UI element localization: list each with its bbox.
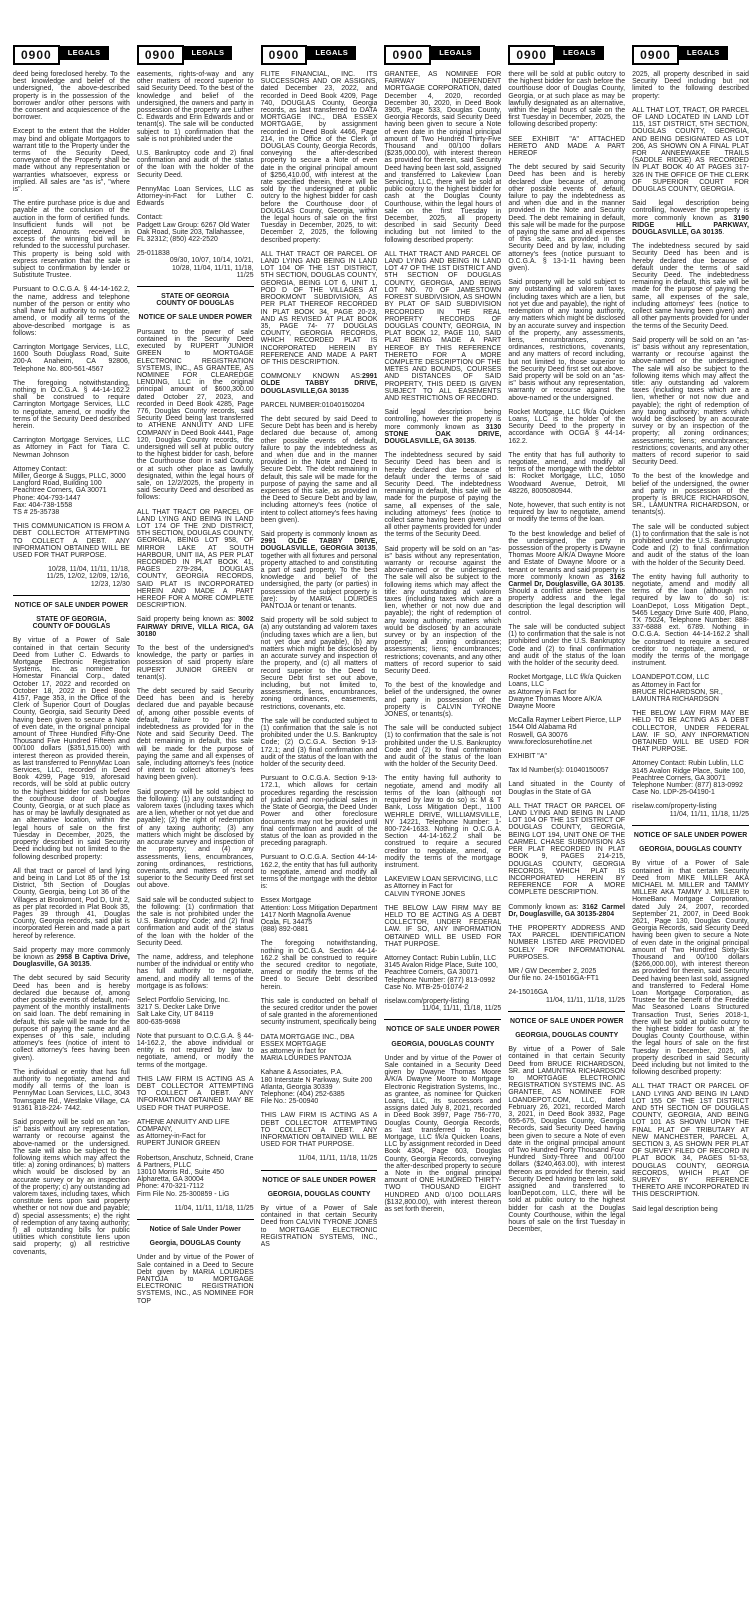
notice-paragraph: The entire purchase price is due and pay… (13, 200, 130, 279)
notice-paragraph: By virtue of a Power of Sale contained i… (508, 1046, 625, 1233)
contact-block: 24-15016GA (508, 989, 625, 996)
notice-paragraph: THIS LAW FIRM IS ACTING AS A DEBT COLLEC… (137, 1076, 254, 1112)
section-code: 0900 (137, 45, 184, 65)
notice-divider (384, 1019, 501, 1020)
notice-paragraph: SEE EXHIBIT "A" ATTACHED HERETO AND MADE… (508, 136, 625, 158)
column-4: 0900LEGALSGRANTEE, AS NOMINEE FOR FAIRWA… (384, 45, 501, 1597)
notice-paragraph: U.S. Bankruptcy code and 2) final confir… (137, 150, 254, 179)
notice-paragraph: The entity having full authority to nego… (632, 574, 749, 668)
notice-paragraph: To the best of the knowledge and belief … (384, 682, 501, 718)
notice-paragraph: THE BELOW LAW FIRM MAY BE HELD TO BE ACT… (632, 710, 749, 753)
notice-heading: NOTICE OF SALE UNDER POWER (632, 832, 749, 839)
contact-block: McCalla Raymer Leibert Pierce, LLP 1544 … (508, 717, 625, 746)
notice-paragraph: easements, rights-of-way and any other m… (137, 71, 254, 143)
notice-paragraph: By virtue of a Power of Sale contained i… (13, 637, 130, 860)
section-header: 0900LEGALS (384, 45, 501, 65)
contact-block: DATA MORTGAGE INC., DBA ESSEX MORTGAGE a… (261, 1034, 378, 1063)
notice-divider (632, 825, 749, 826)
notice-paragraph: The entity that has full authority to ne… (508, 452, 625, 495)
notice-paragraph: FLITE FINANCIAL, INC. ITS SUCCESSORS AND… (261, 71, 378, 244)
run-dates: 11/04, 11/11, 11/18, 11/25 (137, 1205, 254, 1212)
notice-divider (508, 1011, 625, 1012)
contact-block: riselaw.com/property-listing (384, 998, 501, 1005)
notice-paragraph: Pursuant to O.C.G.A. Section 9-13-172.1,… (261, 775, 378, 847)
notice-paragraph: The debt secured by said Security Deed h… (13, 975, 130, 1061)
notice-paragraph: The entity having full authority to nego… (384, 775, 501, 869)
notice-heading: GEORGIA, DOUGLAS COUNTY (508, 1032, 625, 1039)
notice-paragraph: The sale will be conducted subject (1) t… (384, 725, 501, 768)
notice-paragraph: ALL THAT LOT, TRACT, OR PARCEL OF LAND L… (632, 107, 749, 193)
notice-paragraph: THE PROPERTY ADDRESS AND TAX PARCEL IDEN… (508, 925, 625, 961)
notice-paragraph: Pursuant to the power of sale contained … (137, 329, 254, 502)
notice-paragraph: To the best of the knowledge and belief … (632, 473, 749, 516)
notice-paragraph: The indebtedness secured by said Securit… (384, 452, 501, 538)
notice-paragraph: ALL THAT TRACT OR PARCEL OF LAND LYING A… (261, 251, 378, 366)
notice-paragraph: Said property is commonly known as 2991 … (261, 531, 378, 610)
notice-paragraph: Tax Id Number(s): 01040150057 (508, 767, 625, 774)
notice-paragraph: Under and by virtue of the Power of Sale… (137, 1254, 254, 1304)
section-label: LEGALS (555, 46, 604, 60)
notice-paragraph: Pursuant to O.C.G.A. Section 44-14-162.2… (261, 854, 378, 890)
notice-paragraph: PennyMac Loan Services, LLC as Attorney-… (137, 186, 254, 208)
notice-paragraph: deed being foreclosed hereby. To the bes… (13, 71, 130, 121)
column-5: 0900LEGALSthere will be sold at public o… (508, 45, 625, 1597)
notice-heading: GEORGIA, DOUGLAS COUNTY (632, 846, 749, 853)
notice-paragraph: Said property will be sold on an "as-is"… (632, 337, 749, 467)
notice-paragraph: Said legal description being (632, 1206, 749, 1213)
notice-paragraph: THE BELOW LAW FIRM MAY BE HELD TO BE ACT… (384, 905, 501, 948)
notice-paragraph: Said property will be sold on an "as-is"… (13, 1119, 130, 1256)
notice-paragraph: Pursuant to O.C.G.A. § 44-14-162.2, the … (13, 286, 130, 336)
notice-heading: STATE OF GEORGIA, COUNTY OF DOUGLAS (13, 616, 130, 630)
notice-paragraph: COMMONLY KNOWN AS:2991 OLDE TABBY DRIVE,… (261, 373, 378, 395)
section-code: 0900 (13, 45, 60, 65)
notice-paragraph: The sale will be conducted subject (1) t… (508, 624, 625, 667)
run-dates: 10/28, 11/04, 11/11, 11/18, 11/25, 12/02… (13, 566, 130, 588)
notice-paragraph: ALL THAT TRACT OR PARCEL OF LAND LYING A… (632, 1083, 749, 1198)
notice-paragraph: Said legal description being controlling… (632, 200, 749, 236)
section-code: 0900 (384, 45, 431, 65)
notice-paragraph: THIS COMMUNICATION IS FROM A DEBT COLLEC… (13, 523, 130, 559)
notice-paragraph: ALL THAT TRACT OR PARCEL OF LAND LYING A… (137, 509, 254, 610)
contact-block: Attorney Contact: Miller, George & Suggs… (13, 466, 130, 516)
notice-paragraph: Rocket Mortgage, LLC f/k/a Quicken Loans… (508, 409, 625, 445)
column-1: 0900LEGALSdeed being foreclosed hereby. … (13, 45, 130, 1597)
notice-paragraph: Said property will be sold subject to th… (137, 789, 254, 890)
contact-block: Attorney Contact: Rubin Lublin, LLC 3145… (384, 955, 501, 991)
notice-heading: GEORGIA, DOUGLAS COUNTY (261, 1191, 378, 1198)
notice-paragraph: Carrington Mortgage Services, LLC, 1600 … (13, 344, 130, 373)
notice-paragraph: The foregoing notwithstanding, nothing i… (261, 940, 378, 990)
notice-paragraph: Said property being known as: 3002 FAIRW… (137, 616, 254, 638)
notice-paragraph: Said property will be sold on an "as-is"… (384, 546, 501, 676)
notice-paragraph: Note that pursuant to O.C.G.A. § 44-14-1… (137, 1033, 254, 1069)
notice-divider (261, 1170, 378, 1171)
run-dates: 11/04, 11/11, 11/18, 11/25 (508, 997, 625, 1004)
notice-paragraph: The foregoing notwithstanding, nothing i… (13, 380, 130, 430)
section-header: 0900LEGALS (13, 45, 130, 65)
run-dates: 11/04, 11/11, 11/18, 11/25 (384, 1005, 501, 1012)
section-header: 0900LEGALS (261, 45, 378, 65)
notice-divider (13, 595, 130, 596)
notice-paragraph: Under and by virtue of the Power of Sale… (384, 1055, 501, 1213)
notice-paragraph: Said property will be sold subject to an… (508, 279, 625, 401)
contact-block: riselaw.com/property-listing (632, 803, 749, 810)
notice-paragraph: By virtue of a Power of Sale contained i… (632, 860, 749, 1076)
notice-paragraph: 2025, all property described in said Sec… (632, 71, 749, 100)
notice-heading: Georgia, DOUGLAS County (137, 1240, 254, 1247)
notice-paragraph: To the best knowledge and belief of the … (508, 531, 625, 617)
section-label: LEGALS (431, 46, 480, 60)
notice-paragraph: All that tract or parcel of land lying a… (13, 868, 130, 940)
legal-notices-page: 0900LEGALSdeed being foreclosed hereby. … (0, 0, 756, 1597)
notice-paragraph: The name, address, and telephone number … (137, 954, 254, 990)
notice-paragraph: PARCEL NUMBER:01040150204 (261, 402, 378, 409)
notice-heading: STATE OF GEORGIA COUNTY OF DOUGLAS (137, 293, 254, 307)
section-header: 0900LEGALS (137, 45, 254, 65)
column-6: 0900LEGALS2025, all property described i… (632, 45, 749, 1597)
notice-paragraph: Note, however, that such entity is not r… (508, 502, 625, 524)
section-label: LEGALS (60, 46, 109, 60)
notice-paragraph: The sale will be conducted subject (1) t… (632, 524, 749, 567)
contact-block: ATHENE ANNUITY AND LIFE COMPANY, as Atto… (137, 1119, 254, 1148)
notice-paragraph: The individual or entity that has full a… (13, 1069, 130, 1112)
notice-paragraph: The debt secured by said Security Deed h… (508, 164, 625, 272)
run-dates: 11/04, 11/11, 11/18, 11/25 (632, 811, 749, 818)
run-dates: 11/04, 11/11, 11/18, 11/25 (261, 1155, 378, 1162)
notice-heading: NOTICE OF SALE UNDER POWER (384, 1026, 501, 1033)
notice-paragraph: By virtue of a Power of Sale contained i… (261, 1205, 378, 1248)
columns-container: 0900LEGALSdeed being foreclosed hereby. … (0, 0, 756, 1597)
notice-paragraph: THIS LAW FIRM IS ACTING AS A DEBT COLLEC… (261, 1112, 378, 1148)
notice-heading: GEORGIA, DOUGLAS COUNTY (384, 1041, 501, 1048)
contact-block: EXHIBIT "A" (508, 753, 625, 760)
notice-paragraph: To the best of the undersigned's knowled… (137, 645, 254, 681)
contact-block: Contact: Padgett Law Group: 6267 Old Wat… (137, 214, 254, 243)
contact-block: LAKEVIEW LOAN SERVICING, LLC as Attorney… (384, 876, 501, 898)
notice-paragraph: Land situated in the County of Douglas i… (508, 781, 625, 795)
notice-heading: NOTICE OF SALE UNDER POWER (137, 314, 254, 321)
notice-paragraph: The sale will be conducted subject to (1… (261, 718, 378, 768)
section-header: 0900LEGALS (632, 45, 749, 65)
notice-heading: NOTICE OF SALE UNDER POWER (261, 1177, 378, 1184)
notice-paragraph: Carrington Mortgage Services, LLC as Att… (13, 437, 130, 459)
notice-paragraph: Said property will be sold subject to (a… (261, 617, 378, 711)
contact-block: LOANDEPOT.COM, LLC as Attorney in Fact f… (632, 674, 749, 703)
notice-paragraph: The indebtedness secured by said Securit… (632, 243, 749, 329)
contact-block: Essex Mortgage Attention: Loss Mitigatio… (261, 897, 378, 933)
contact-block: Robertson, Anschutz, Schneid, Crane & Pa… (137, 1155, 254, 1198)
section-label: LEGALS (184, 46, 233, 60)
notice-paragraph: Except to the extent that the Holder may… (13, 128, 130, 193)
contact-block: Kahane & Associates, P.A. 180 Interstate… (261, 1069, 378, 1105)
notice-paragraph: ALL THAT TRACT AND PARCEL OF LAND LYING … (384, 251, 501, 402)
contact-block: Select Portfolio Servicing, Inc. 3217 S.… (137, 997, 254, 1026)
notice-divider (137, 286, 254, 287)
notice-heading: Notice of Sale Under Power (137, 1226, 254, 1233)
notice-heading: NOTICE OF SALE UNDER POWER (508, 1018, 625, 1025)
run-dates: 09/30, 10/07, 10/14, 10/21, 10/28, 11/04… (137, 257, 254, 279)
notice-paragraph: This sale is conducted on behalf of the … (261, 998, 378, 1027)
notice-heading: NOTICE OF SALE UNDER POWER (13, 602, 130, 609)
column-3: 0900LEGALSFLITE FINANCIAL, INC. ITS SUCC… (261, 45, 378, 1597)
notice-paragraph: GRANTEE, AS NOMINEE FOR FAIRWAY INDEPEND… (384, 71, 501, 244)
contact-block: 25-011838 (137, 250, 254, 257)
contact-block: Attorney Contact: Rubin Lublin, LLC 3145… (632, 760, 749, 796)
section-code: 0900 (632, 45, 679, 65)
notice-divider (137, 1219, 254, 1220)
notice-paragraph: Commonly known as: 3162 Carmel Dr, Dougl… (508, 904, 625, 918)
notice-paragraph: The debt secured by said Security Deed h… (137, 688, 254, 782)
column-2: 0900LEGALSeasements, rights-of-way and a… (137, 45, 254, 1597)
notice-paragraph: Said sale will be conducted subject to t… (137, 897, 254, 947)
contact-block: MR / GW December 2, 2025 Our file no. 24… (508, 968, 625, 982)
notice-paragraph: Said property may more commonly be known… (13, 947, 130, 969)
section-label: LEGALS (679, 46, 728, 60)
notice-paragraph: Said legal description being controlling… (384, 409, 501, 445)
section-code: 0900 (261, 45, 308, 65)
section-header: 0900LEGALS (508, 45, 625, 65)
notice-paragraph: ALL THAT TRACT OR PARCEL OF LAND LYING A… (508, 803, 625, 897)
notice-paragraph: there will be sold at public outcry to t… (508, 71, 625, 129)
notice-paragraph: The debt secured by said Deed to Secure … (261, 416, 378, 524)
contact-block: Rocket Mortgage, LLC f/k/a Quicken Loans… (508, 674, 625, 710)
section-label: LEGALS (307, 46, 356, 60)
section-code: 0900 (508, 45, 555, 65)
